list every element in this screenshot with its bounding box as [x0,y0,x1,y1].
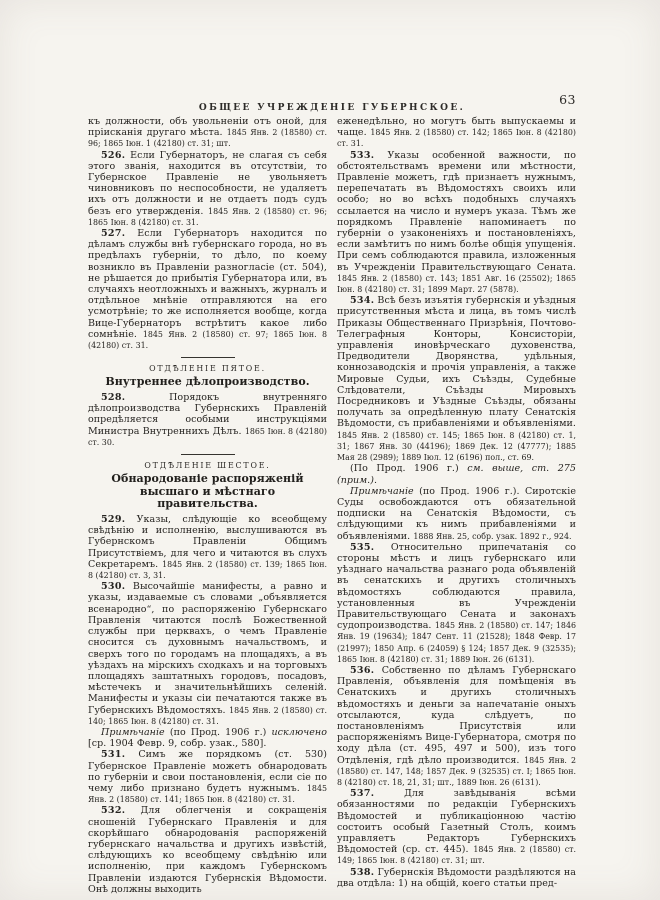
citation: 1888 Янв. 25, собр. узак. 1892 г., 924. [413,532,571,541]
article-number: 530. [101,581,125,592]
article-528: 528. Порядокъ внутренняго дѣлопроизводст… [88,392,327,448]
note-text: (по Прод. 1906 г.) [170,727,267,738]
page-header-title: ОБЩЕЕ УЧРЕЖДЕНІЕ ГУБЕРНСКОЕ. [199,103,465,113]
article-number: 528. [101,392,125,403]
text-columns: къ должности, объ увольненіи отъ оной, д… [88,116,576,895]
section-divider [181,454,235,455]
note-lead: (По Прод. 1906 г.) [350,463,459,474]
right-column: еженедѣльно, но могутъ быть выпускаемы и… [337,116,576,895]
article-number: 532. [101,805,125,816]
citation: 1845 Янв. 2 (18580) ст. 142; 1865 Іюн. 8… [337,128,576,148]
left-column: къ должности, объ увольненіи отъ оной, д… [88,116,327,895]
article-number: 529. [101,514,125,525]
note-label: Примѣчаніе [350,486,414,497]
note-status: исключено [272,727,327,738]
article-text: Собственно по дѣламъ Губернскаго Правлен… [337,665,576,766]
section-title: Внутреннее дѣлопроизводство. [88,376,327,389]
article-533: 533. Указы особенной важности, по обстоя… [337,150,576,296]
paragraph-continuation: къ должности, объ увольненіи отъ оной, д… [88,116,327,150]
article-534: 534. Всѣ безъ изъятія губернскія и уѣздн… [337,295,576,463]
paragraph-continuation: еженедѣльно, но могутъ быть выпускаемы и… [337,116,576,150]
article-536: 536. Собственно по дѣламъ Губернскаго Пр… [337,665,576,788]
article-text: Относительно припечатанія со стороны мѣс… [337,542,576,631]
article-number: 538. [350,867,374,878]
article-537: 537. Для завѣдыванія всѣми обязанностями… [337,788,576,866]
article-526: 526. Если Губернаторъ, не слагая съ себя… [88,150,327,228]
article-532: 532. Для облегченія и сокращенія сношені… [88,805,327,895]
section-divider [181,357,235,358]
article-535: 535. Относительно припечатанія со сторон… [337,542,576,665]
article-text: Если Губернаторъ находится по дѣламъ слу… [88,228,327,340]
document-page: ОБЩЕЕ УЧРЕЖДЕНІЕ ГУБЕРНСКОЕ. 63 къ должн… [0,0,660,900]
article-number: 535. [350,542,374,553]
article-number: 536. [350,665,374,676]
article-number: 531. [101,749,125,760]
article-530: 530. Высочайшіе манифесты, а равно и ука… [88,581,327,727]
article-text: Всѣ безъ изъятія губернскія и уѣздныя пр… [337,295,576,429]
article-number: 526. [101,150,125,161]
article-number: 534. [350,295,374,306]
note-label: Примѣчаніе [101,727,165,738]
note-article-530: Примѣчаніе (по Прод. 1906 г.) исключено … [88,727,327,749]
article-text: Указы особенной важности, по обстоятельс… [337,150,576,273]
running-header: ОБЩЕЕ УЧРЕЖДЕНІЕ ГУБЕРНСКОЕ. 63 [88,95,576,111]
citation: 1845 Янв. 2 (18580) ст. 143; 1851 Авг. 1… [337,274,576,294]
citation: 1845 Янв. 2 (18580) ст. 145; 1865 Іюн. 8… [337,431,576,462]
article-number: 537. [350,788,374,799]
page-number: 63 [559,92,576,107]
article-529: 529. Указы, слѣдующіе ко всеобщему свѣдѣ… [88,514,327,581]
prodolzhenie-note: (По Прод. 1906 г.) см. выше, ст. 275 (пр… [337,463,576,485]
article-text: Высочайшіе манифесты, а равно и указы, и… [88,581,327,715]
section-label: ОТДѢЛЕНІЕ ШЕСТОЕ. [88,460,327,471]
note-article-534: Примѣчаніе (по Прод. 1906 г.). Сиротскіе… [337,486,576,542]
note-reference: [ср. 1904 Февр. 9, собр. узак., 580]. [88,738,266,749]
article-531: 531. Симъ же порядкомъ (ст. 530) Губернс… [88,749,327,805]
article-text: Для облегченія и сокращенія сношеній Губ… [88,805,327,894]
article-527: 527. Если Губернаторъ находится по дѣлам… [88,228,327,351]
article-538: 538. Губернскія Вѣдомости раздѣляются на… [337,867,576,889]
section-title: Обнародованіе распоряженій высшаго и мѣс… [88,473,327,511]
article-number: 527. [101,228,125,239]
article-number: 533. [350,150,374,161]
section-label: ОТДѢЛЕНІЕ ПЯТОЕ. [88,363,327,374]
